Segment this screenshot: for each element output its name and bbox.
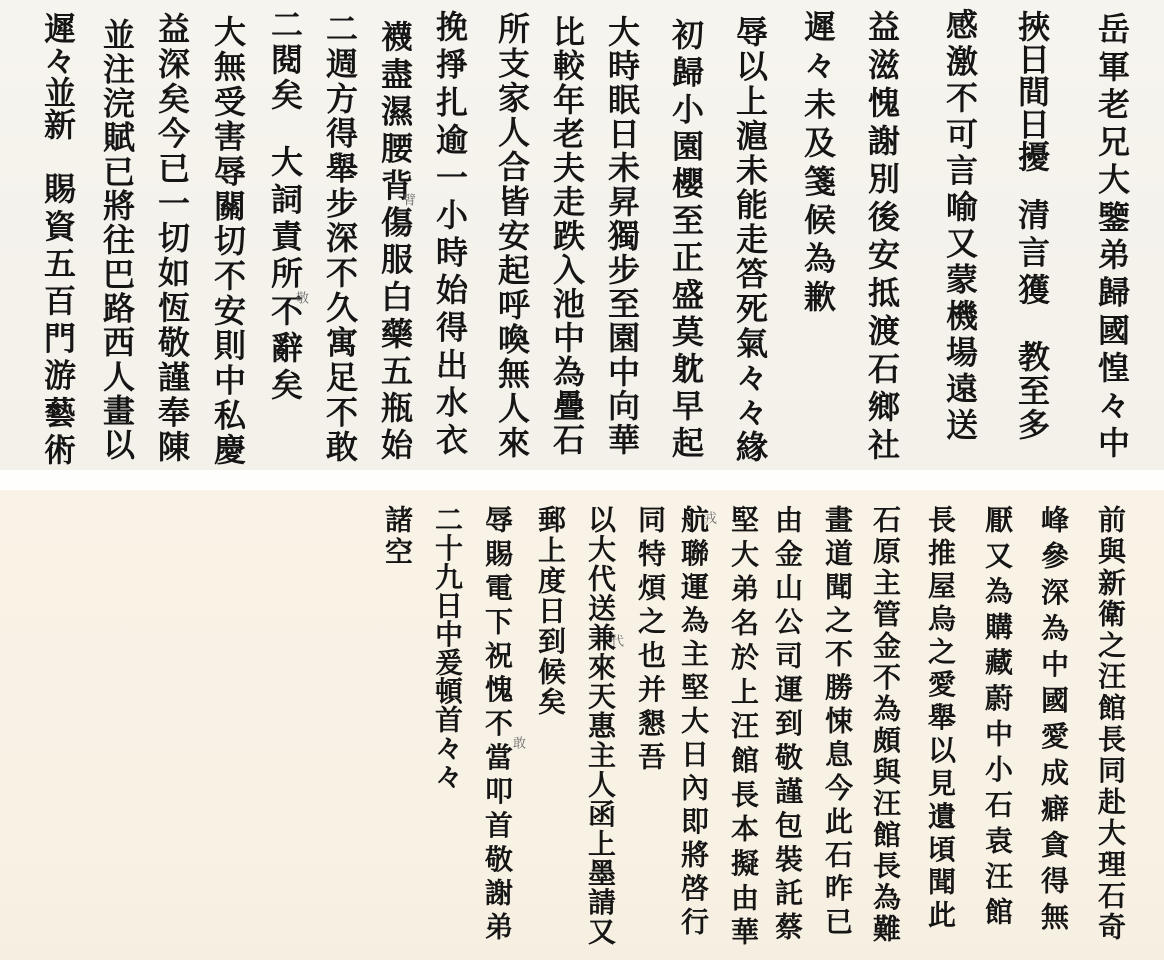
text-column: 峰參深為中國愛成癖貪得無	[1039, 505, 1067, 930]
text-column: 郵上度日到候矣	[536, 505, 564, 715]
margin-annotation: 敢	[511, 736, 524, 749]
text-column: 大時眠日未昇獨步至園中向華	[606, 15, 638, 455]
text-column: 遲々未及箋候為歉	[802, 10, 834, 312]
text-column: 堅大弟名於上汪館長本擬由華	[729, 505, 757, 945]
margin-annotation: 代	[609, 634, 622, 647]
text-column: 航聯運為主堅大日內即將啓行	[679, 505, 707, 935]
text-column: 大詞責所不辭矣	[269, 145, 301, 400]
margin-annotation: 臂	[401, 193, 414, 206]
text-column: 感激不可言喻又蒙機場遠送	[944, 8, 976, 440]
text-column: 以大代送兼來天惠主人函上墨請又	[586, 505, 614, 945]
text-column: 比較年老夫走跌入池中為疊石	[551, 15, 583, 455]
text-column: 襪盡濕腰背傷服白藥五瓶始	[379, 20, 411, 460]
margin-annotation: 戎	[702, 511, 715, 524]
text-column: 前與新衛之汪館長同赴大理石奇	[1096, 505, 1124, 940]
text-column: 辱賜電下祝愧不當叩首敬謝弟	[483, 505, 511, 940]
text-column: 二週方得舉步深不久寓足不敢	[324, 12, 356, 462]
text-column: 厭又為購藏蔚中小石袁汪館	[983, 505, 1011, 925]
signature-date-column: 二十九日中爰頓首々々	[433, 505, 461, 790]
margin-annotation: 敬	[294, 291, 307, 304]
text-column: 挽掙扎逾一小時始得出水衣	[434, 10, 466, 455]
text-column: 同特煩之也并懇吾	[636, 505, 664, 770]
closing-salutation: 遲々並新	[42, 12, 74, 140]
text-column: 石原主管金不為頗與汪館長為難	[871, 505, 899, 942]
text-column: 長推屋烏之愛舉以見遺頃聞此	[926, 505, 954, 928]
sheet-divider	[0, 470, 1164, 490]
text-column: 由金山公司運到敬謹包裝託蔡	[773, 505, 801, 940]
text-column: 挾日間日擾	[1016, 10, 1048, 172]
text-column: 畫道聞之不勝悚息今此石昨已	[823, 505, 851, 935]
text-column: 清言獲	[1016, 198, 1048, 305]
text-column: 初歸小園櫻至正盛莫躭早起	[670, 18, 702, 458]
text-column: 諸空	[383, 505, 411, 565]
text-column: 二閱矣	[269, 8, 301, 110]
letter-sheet-2: 前與新衛之汪館長同赴大理石奇 峰參深為中國愛成癖貪得無 厭又為購藏蔚中小石袁汪館…	[0, 490, 1164, 960]
text-column: 益深矣今已一切如恆敬謹奉陳	[156, 12, 188, 462]
text-column: 並注浣賦已將往巴路西人畫以	[101, 18, 133, 460]
text-column: 益滋愧謝別後安抵渡石鄉社	[866, 10, 898, 460]
text-column: 教至多	[1016, 340, 1048, 440]
text-column: 賜資五百門游藝術	[42, 172, 74, 465]
text-column: 大無受害辱關切不安則中私慶	[212, 15, 244, 465]
letter-sheet-1: 岳軍老兄大鑒弟歸國惶々中 挾日間日擾 清言獲 教至多 感激不可言喻又蒙機場遠送 …	[0, 0, 1164, 470]
text-column: 所支家人合皆安起呼喚無人來	[496, 12, 528, 458]
text-column: 岳軍老兄大鑒弟歸國惶々中	[1096, 12, 1128, 458]
text-column: 辱以上滬未能走答死氣々々緣	[734, 15, 766, 462]
